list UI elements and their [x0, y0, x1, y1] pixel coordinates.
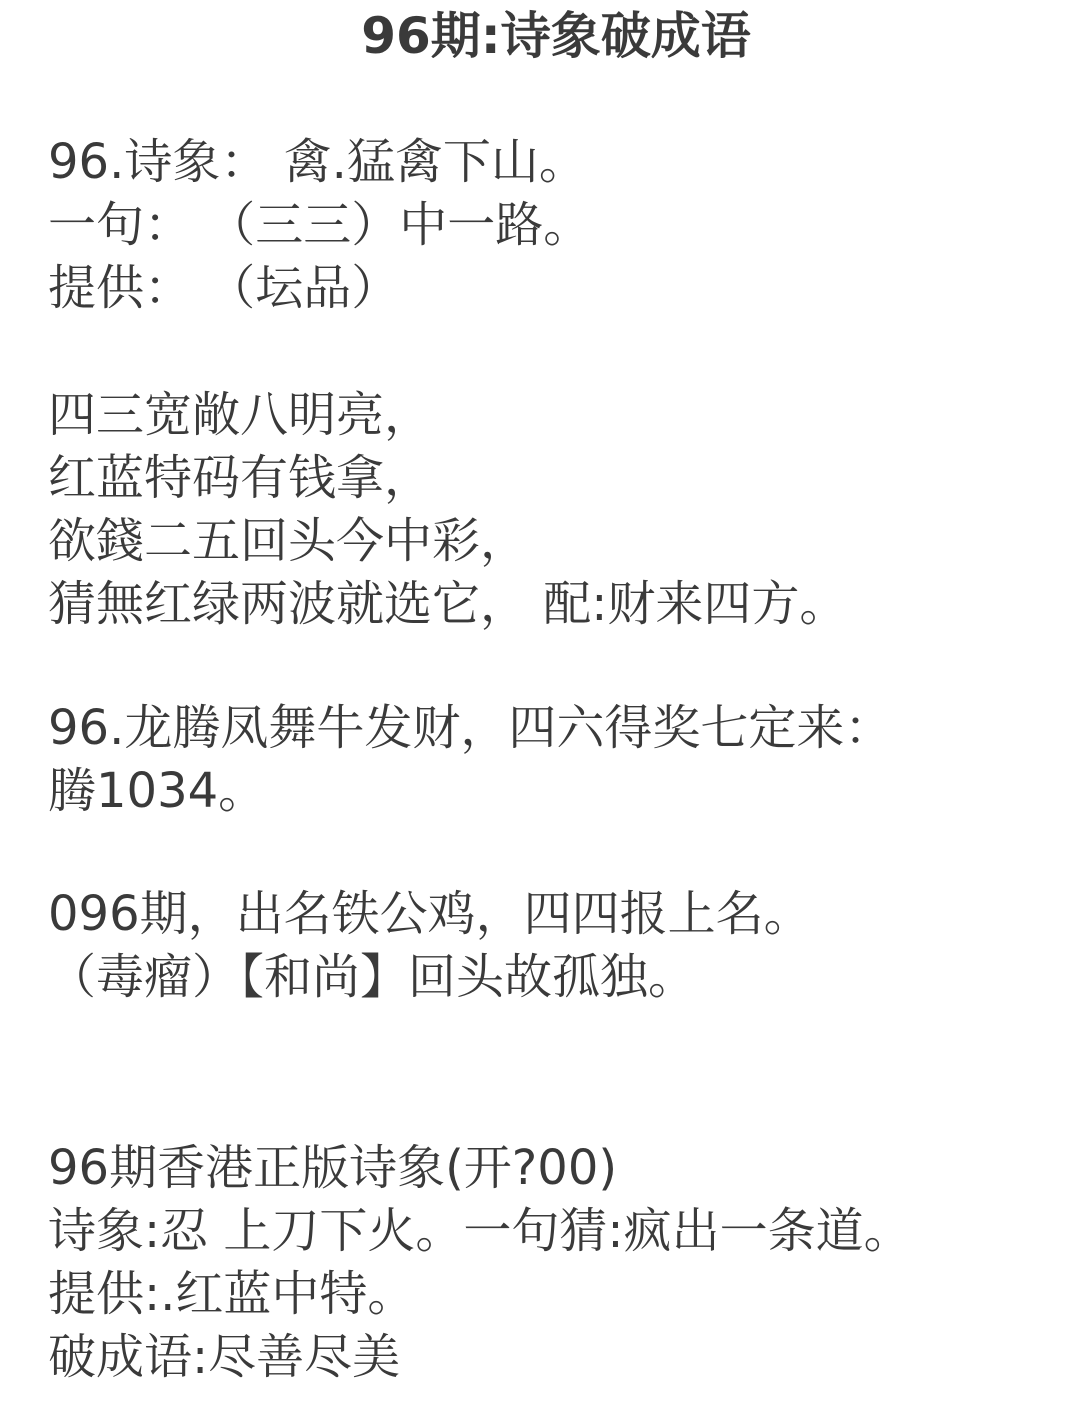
- text-line: 96.诗象： 禽.猛禽下山。: [48, 131, 1064, 194]
- text-line: （毒瘤）【和尚】回头故孤独。: [48, 946, 1064, 1009]
- page: 96期:诗象破成语 96.诗象： 禽.猛禽下山。 一句： （三三）中一路。 提供…: [0, 0, 1080, 1389]
- text-line: 提供： （坛品）: [48, 257, 1064, 320]
- paragraph-verse: 四三宽敞八明亮， 红蓝特码有钱拿， 欲錢二五回头今中彩， 猜無红绿两波就选它， …: [48, 384, 1064, 636]
- text-line: 猜無红绿两波就选它， 配:财来四方。: [48, 573, 1064, 636]
- text-line: 欲錢二五回头今中彩，: [48, 510, 1064, 573]
- text-line: 96期香港正版诗象(开?00): [48, 1137, 1064, 1200]
- text-line: 96.龙腾凤舞牛发财，四六得奖七定来：: [48, 697, 1064, 760]
- paragraph-rooster-tip: 096期，出名铁公鸡，四四报上名。 （毒瘤）【和尚】回头故孤独。: [48, 883, 1064, 1009]
- text-line: 腾1034。: [48, 760, 1064, 823]
- text-line: 红蓝特码有钱拿，: [48, 447, 1064, 510]
- text-line: 诗象:忍 上刀下火。一句猜:疯出一条道。: [48, 1200, 1064, 1263]
- page-title: 96期:诗象破成语: [48, 0, 1064, 72]
- text-line: 一句： （三三）中一路。: [48, 194, 1064, 257]
- text-line: 提供:.红蓝中特。: [48, 1263, 1064, 1326]
- text-line: 096期，出名铁公鸡，四四报上名。: [48, 883, 1064, 946]
- paragraph-hongkong-edition: 96期香港正版诗象(开?00) 诗象:忍 上刀下火。一句猜:疯出一条道。 提供:…: [48, 1137, 1064, 1389]
- paragraph-poem-header: 96.诗象： 禽.猛禽下山。 一句： （三三）中一路。 提供： （坛品）: [48, 131, 1064, 320]
- text-line: 破成语:尽善尽美: [48, 1326, 1064, 1389]
- text-line: 四三宽敞八明亮，: [48, 384, 1064, 447]
- paragraph-dragon-tip: 96.龙腾凤舞牛发财，四六得奖七定来： 腾1034。: [48, 697, 1064, 823]
